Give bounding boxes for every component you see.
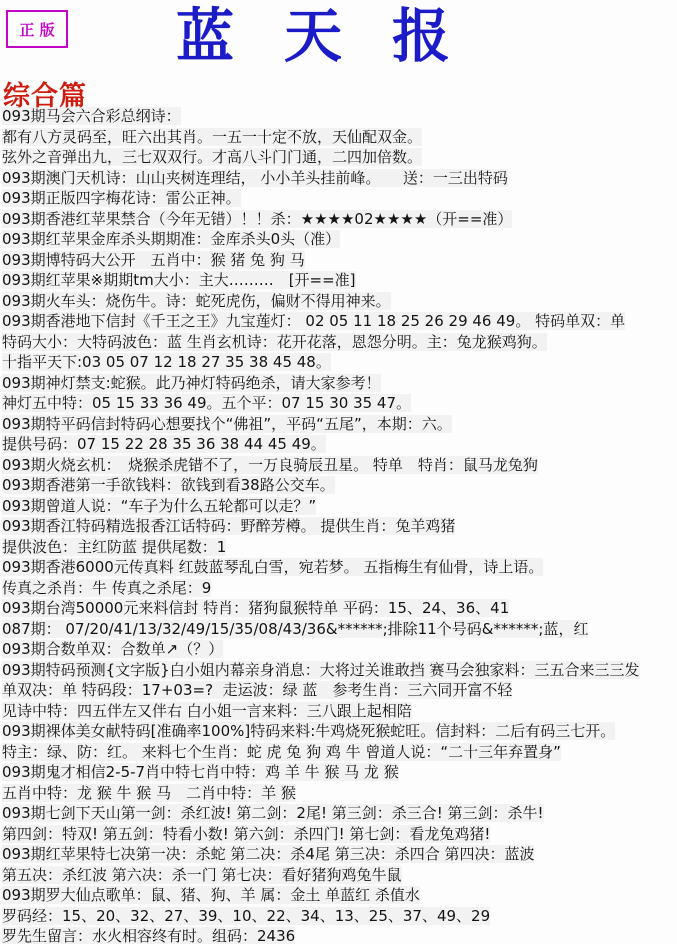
text-line-content: 093期特码预测{文字版}白小姐内幕亲身消息：大将过关谁敢挡 赛马会独家料：三五… [2,661,640,679]
text-line: 弦外之音弹出九，三七双双行。才高八斗门门通，二四加倍数。 [2,147,676,168]
text-line-content: 提供波色：主红防蓝 提供尾数：1 [2,538,226,556]
text-line-content: 093期马会六合彩总纲诗： [2,107,181,125]
text-line-content: 093期台湾50000元来料信封 特肖：猪狗鼠猴特单 平码：15、24、36、4… [2,599,509,617]
text-line: 提供号码：07 15 22 28 35 36 38 44 45 49。 [2,434,676,455]
text-line: 都有八方灵码至，旺六出其肖。一五一十定不放，天仙配双金。 [2,127,676,148]
text-line-content: 传真之杀肖：牛 传真之杀尾：9 [2,579,211,597]
text-line-content: 第五决：杀红波 第六决：杀一门 第七决：看好猪狗鸡兔牛鼠 [2,866,402,884]
text-line: 提供波色：主红防蓝 提供尾数：1 [2,537,676,558]
text-line: 093期曾道人说：“车子为什么五轮都可以走？” [2,496,676,517]
text-line-content: 093期博特码大公开 五肖中：猴 猪 兔 狗 马 [2,251,305,269]
text-line: 093期红苹果金库杀头期期准：金库杀头0头（准） [2,229,676,250]
text-line-content: 弦外之音弹出九，三七双双行。才高八斗门门通，二四加倍数。 [2,148,422,166]
text-line: 特码大小：大特码波色：蓝 生肖玄机诗：花开花落，恩怨分明。主：兔龙猴鸡狗。 [2,332,676,353]
text-line-content: 093期裸体美女献特码[准确率100%]特码来料:牛鸡烧死猴蛇旺。信封料：二后有… [2,722,615,740]
text-line-content: 五肖中特：龙 猴 牛 猴 马 二肖中特：羊 猴 [2,784,296,802]
text-line: 罗先生留言：水火相容终有时。组码：2436 [2,926,676,944]
text-line-content: 093期火烧玄机： 烧猴杀虎错不了，一万良骑辰丑星。 特单 特肖：鼠马龙兔狗 [2,456,538,474]
text-line: 093期七剑下天山第一剑：杀红波! 第二剑：2尾! 第三剑：杀三合! 第三剑：杀… [2,803,676,824]
text-line-content: 罗先生留言：水火相容终有时。组码：2436 [2,927,295,944]
text-line: 093期红苹果特七决第一决：杀蛇 第二决：杀4尾 第三决：杀四合 第四决：蓝波 [2,844,676,865]
text-line-content: 十指平天下:03 05 07 12 18 27 35 38 45 48。 [2,353,331,371]
text-line: 第五决：杀红波 第六决：杀一门 第七决：看好猪狗鸡兔牛鼠 [2,865,676,886]
body-lines: 093期马会六合彩总纲诗：都有八方灵码至，旺六出其肖。一五一十定不放，天仙配双金… [2,106,676,944]
text-line-content: 093期香江特码精选报香江话特码：野醉芳樽。 提供生肖：兔羊鸡猪 [2,517,455,535]
text-line-content: 093期火车头：烧伤牛。诗：蛇死虎伤，偏财不得用神来。 [2,292,391,310]
text-line-content: 093期罗大仙点歌单：鼠、猪、狗、羊 属：金土 单蓝红 杀值水 [2,886,420,904]
text-line: 093期合数单双：合数单↗（？） [2,639,676,660]
text-line: 罗码经：15、20、32、27、39、10、22、34、13、25、37、49、… [2,906,676,927]
page-title: 蓝天报 [176,0,500,72]
authentic-badge: 正 版 [6,10,68,48]
text-line-content: 093期七剑下天山第一剑：杀红波! 第二剑：2尾! 第三剑：杀三合! 第三剑：杀… [2,804,544,822]
text-line-content: 神灯五中特：05 15 33 36 49。五个平：07 15 30 35 47。 [2,394,411,412]
text-line-content: 093期正版四字梅花诗：雷公正神。 [2,189,241,207]
text-line: 093期鬼才相信2-5-7肖中特七肖中特：鸡 羊 牛 猴 马 龙 猴 [2,762,676,783]
text-line-content: 093期红苹果※期期tm大小：主大……… [开==准] [2,271,356,289]
text-line-content: 见诗中特：四五伴左又伴右 白小姐一言来料：三八跟上起相陪 [2,702,412,720]
text-line-content: 093期香港地下信封《千王之王》九宝莲灯： 02 05 11 18 25 26 … [2,312,625,330]
text-line: 第四剑：特双! 第五剑：特看小数! 第六剑：杀四门! 第七剑：看龙兔鸡猪! [2,824,676,845]
text-line: 093期神灯禁支:蛇猴。此乃神灯特码绝杀，请大家参考！ [2,373,676,394]
text-line: 093期博特码大公开 五肖中：猴 猪 兔 狗 马 [2,250,676,271]
text-line: 093期香港6000元传真料 红鼓蓝琴乱白雪，宛若梦。 五指梅生有仙骨，诗上语。 [2,557,676,578]
text-line-content: 093期合数单双：合数单↗（？） [2,640,223,658]
text-line: 093期澳门天机诗：山山夹树连理结， 小小羊头挂前峰。 送：一三出特码 [2,168,676,189]
text-line-content: 093期澳门天机诗：山山夹树连理结， 小小羊头挂前峰。 送：一三出特码 [2,169,508,187]
text-line-content: 087期： 07/20/41/13/32/49/15/35/08/43/36&*… [2,620,588,638]
text-line: 093期马会六合彩总纲诗： [2,106,676,127]
text-line-content: 093期神灯禁支:蛇猴。此乃神灯特码绝杀，请大家参考！ [2,374,381,392]
text-line: 单双决：单 特码段：17+03=? 走运波：绿 蓝 参考生肖：三六同开富不轻 [2,680,676,701]
text-line-content: 093期鬼才相信2-5-7肖中特七肖中特：鸡 羊 牛 猴 马 龙 猴 [2,763,399,781]
text-line-content: 罗码经：15、20、32、27、39、10、22、34、13、25、37、49、… [2,907,490,925]
text-line-content: 提供号码：07 15 22 28 35 36 38 44 45 49。 [2,435,326,453]
text-line-content: 093期香港6000元传真料 红鼓蓝琴乱白雪，宛若梦。 五指梅生有仙骨，诗上语。 [2,558,543,576]
text-line: 093期裸体美女献特码[准确率100%]特码来料:牛鸡烧死猴蛇旺。信封料：二后有… [2,721,676,742]
text-line-content: 特主：绿、防：红。 来料七个生肖：蛇 虎 兔 狗 鸡 牛 曾道人说：“二十三年弃… [2,743,561,761]
text-line-content: 093期香港红苹果禁合（今年无错）！！杀：★★★★02★★★★（开==准） [2,210,512,228]
text-line: 093期香江特码精选报香江话特码：野醉芳樽。 提供生肖：兔羊鸡猪 [2,516,676,537]
text-line-content: 093期红苹果金库杀头期期准：金库杀头0头（准） [2,230,340,248]
text-line: 093期红苹果※期期tm大小：主大……… [开==准] [2,270,676,291]
text-line: 传真之杀肖：牛 传真之杀尾：9 [2,578,676,599]
text-line-content: 单双决：单 特码段：17+03=? 走运波：绿 蓝 参考生肖：三六同开富不轻 [2,681,512,699]
text-line-content: 都有八方灵码至，旺六出其肖。一五一十定不放，天仙配双金。 [2,128,422,146]
text-line: 十指平天下:03 05 07 12 18 27 35 38 45 48。 [2,352,676,373]
text-line-content: 093期特平码信封特码心想要找个“佛祖”，平码“五尾”，本期：六。 [2,415,452,433]
text-line: 093期香港红苹果禁合（今年无错）！！杀：★★★★02★★★★（开==准） [2,209,676,230]
text-line: 特主：绿、防：红。 来料七个生肖：蛇 虎 兔 狗 鸡 牛 曾道人说：“二十三年弃… [2,742,676,763]
text-line-content: 093期红苹果特七决第一决：杀蛇 第二决：杀4尾 第三决：杀四合 第四决：蓝波 [2,845,534,863]
text-line: 093期台湾50000元来料信封 特肖：猪狗鼠猴特单 平码：15、24、36、4… [2,598,676,619]
text-line-content: 093期香港第一手欲钱料：欲钱到看38路公交车。 [2,476,335,494]
text-line: 093期香港第一手欲钱料：欲钱到看38路公交车。 [2,475,676,496]
text-line: 093期火车头：烧伤牛。诗：蛇死虎伤，偏财不得用神来。 [2,291,676,312]
text-line: 093期特平码信封特码心想要找个“佛祖”，平码“五尾”，本期：六。 [2,414,676,435]
text-line-content: 第四剑：特双! 第五剑：特看小数! 第六剑：杀四门! 第七剑：看龙兔鸡猪! [2,825,490,843]
text-line: 五肖中特：龙 猴 牛 猴 马 二肖中特：羊 猴 [2,783,676,804]
text-line: 087期： 07/20/41/13/32/49/15/35/08/43/36&*… [2,619,676,640]
text-line: 神灯五中特：05 15 33 36 49。五个平：07 15 30 35 47。 [2,393,676,414]
text-line-content: 特码大小：大特码波色：蓝 生肖玄机诗：花开花落，恩怨分明。主：兔龙猴鸡狗。 [2,333,547,351]
text-line-content: 093期曾道人说：“车子为什么五轮都可以走？” [2,497,316,515]
text-line: 093期正版四字梅花诗：雷公正神。 [2,188,676,209]
text-line: 093期特码预测{文字版}白小姐内幕亲身消息：大将过关谁敢挡 赛马会独家料：三五… [2,660,676,681]
text-line: 见诗中特：四五伴左又伴右 白小姐一言来料：三八跟上起相陪 [2,701,676,722]
text-line: 093期火烧玄机： 烧猴杀虎错不了，一万良骑辰丑星。 特单 特肖：鼠马龙兔狗 [2,455,676,476]
text-line: 093期罗大仙点歌单：鼠、猪、狗、羊 属：金土 单蓝红 杀值水 [2,885,676,906]
newspaper-page: 正 版 蓝天报 综合篇 093期马会六合彩总纲诗：都有八方灵码至，旺六出其肖。一… [0,0,677,944]
text-line: 093期香港地下信封《千王之王》九宝莲灯： 02 05 11 18 25 26 … [2,311,676,332]
